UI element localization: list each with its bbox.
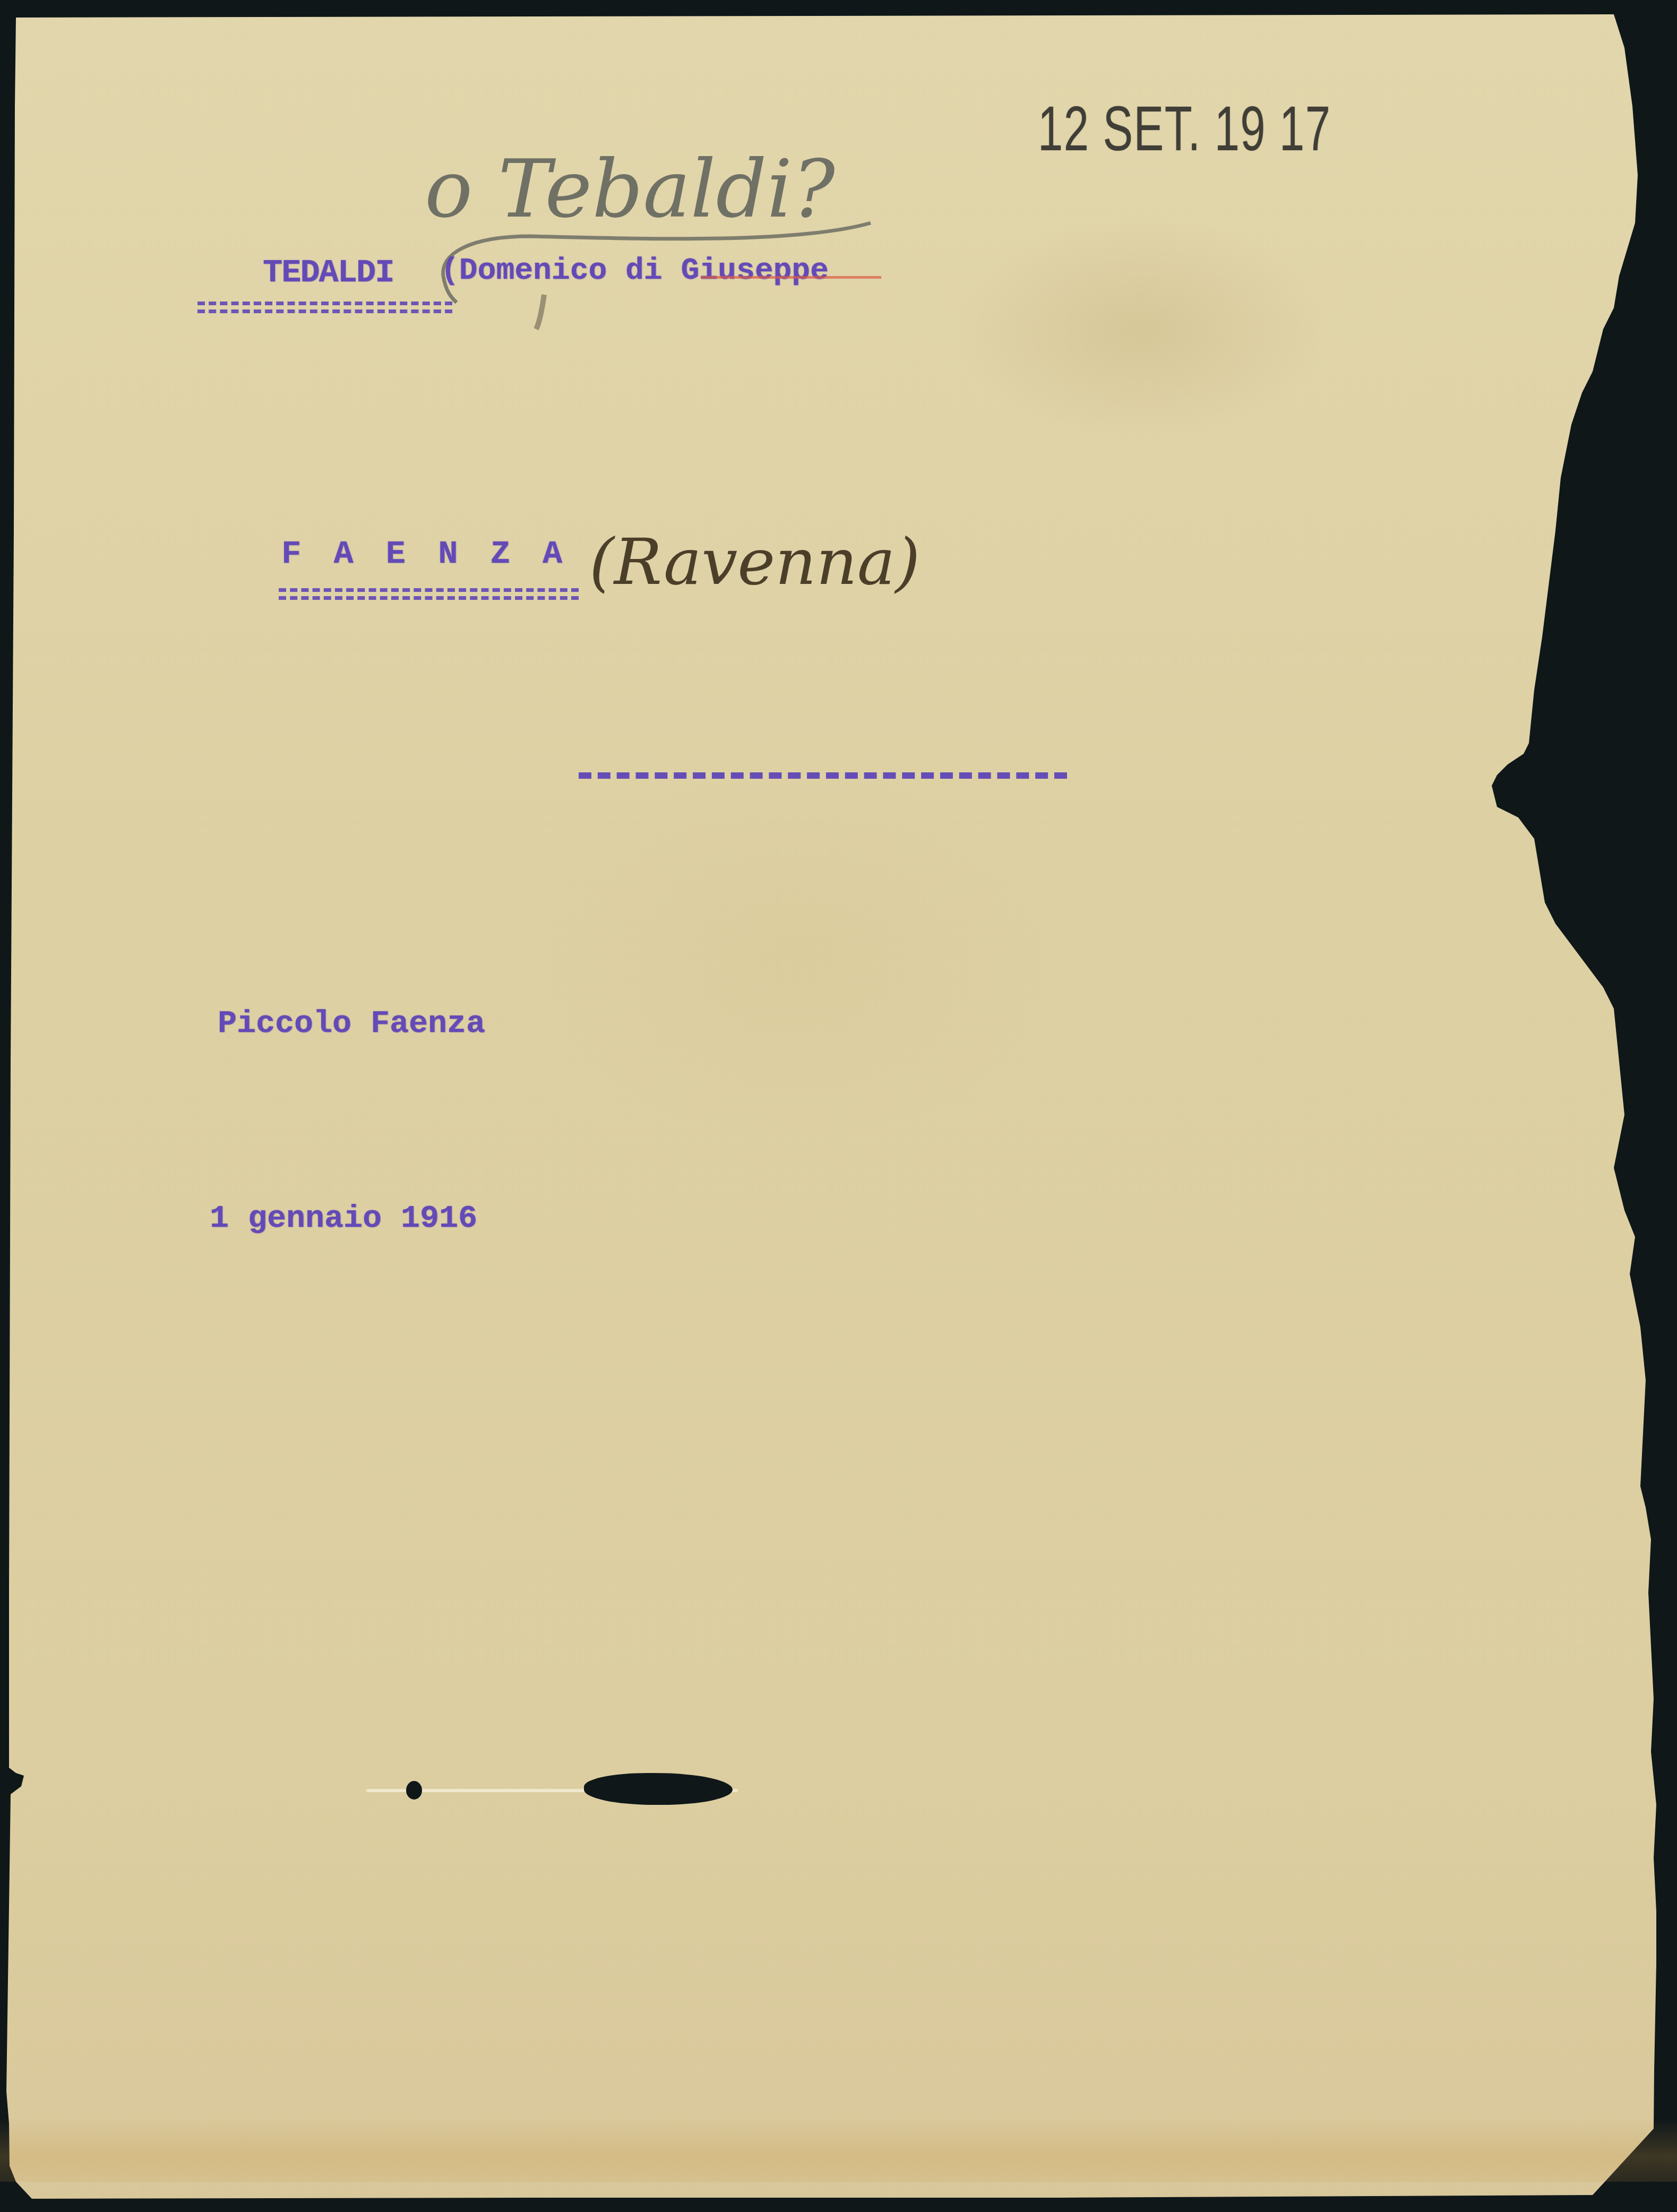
given-name: (Domenico di Giuseppe: [441, 254, 829, 288]
publication-date: 1 gennaio 1916: [210, 1201, 477, 1237]
surname: TEDALDI: [263, 254, 393, 291]
paper-hole: [584, 1773, 733, 1805]
pencil-bracket-stroke: [0, 0, 1677, 2212]
newspaper-name: Piccolo Faenza: [218, 1006, 485, 1042]
city-double-underline: [279, 588, 579, 600]
paper-hole-small: [406, 1781, 422, 1800]
separator-dashes: [579, 772, 1067, 779]
red-strike-mark: [701, 276, 881, 279]
surname-double-underline: [197, 302, 452, 313]
city: F A E N Z A: [281, 535, 569, 573]
province-handwritten: (Ravenna): [589, 526, 920, 599]
